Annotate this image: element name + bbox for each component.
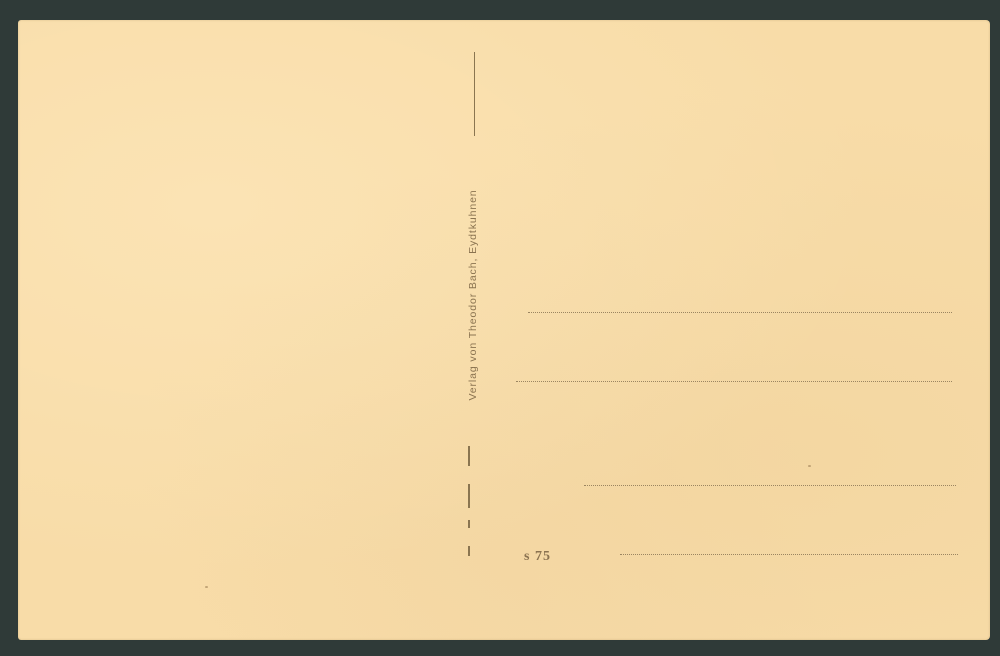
paper-speck (808, 465, 811, 467)
series-number: s 75 (524, 549, 551, 565)
postcard-back: Verlag von Theodor Bach, Eydtkuhnen s 75 (18, 20, 990, 640)
address-line-2 (516, 381, 952, 382)
address-line-1 (528, 312, 952, 313)
center-divider-line-top (474, 52, 475, 136)
center-divider-line-bottom (468, 446, 470, 556)
address-line-4 (620, 554, 958, 555)
paper-speck (205, 586, 208, 588)
publisher-imprint: Verlag von Theodor Bach, Eydtkuhnen (467, 189, 479, 400)
address-line-3 (584, 485, 956, 486)
